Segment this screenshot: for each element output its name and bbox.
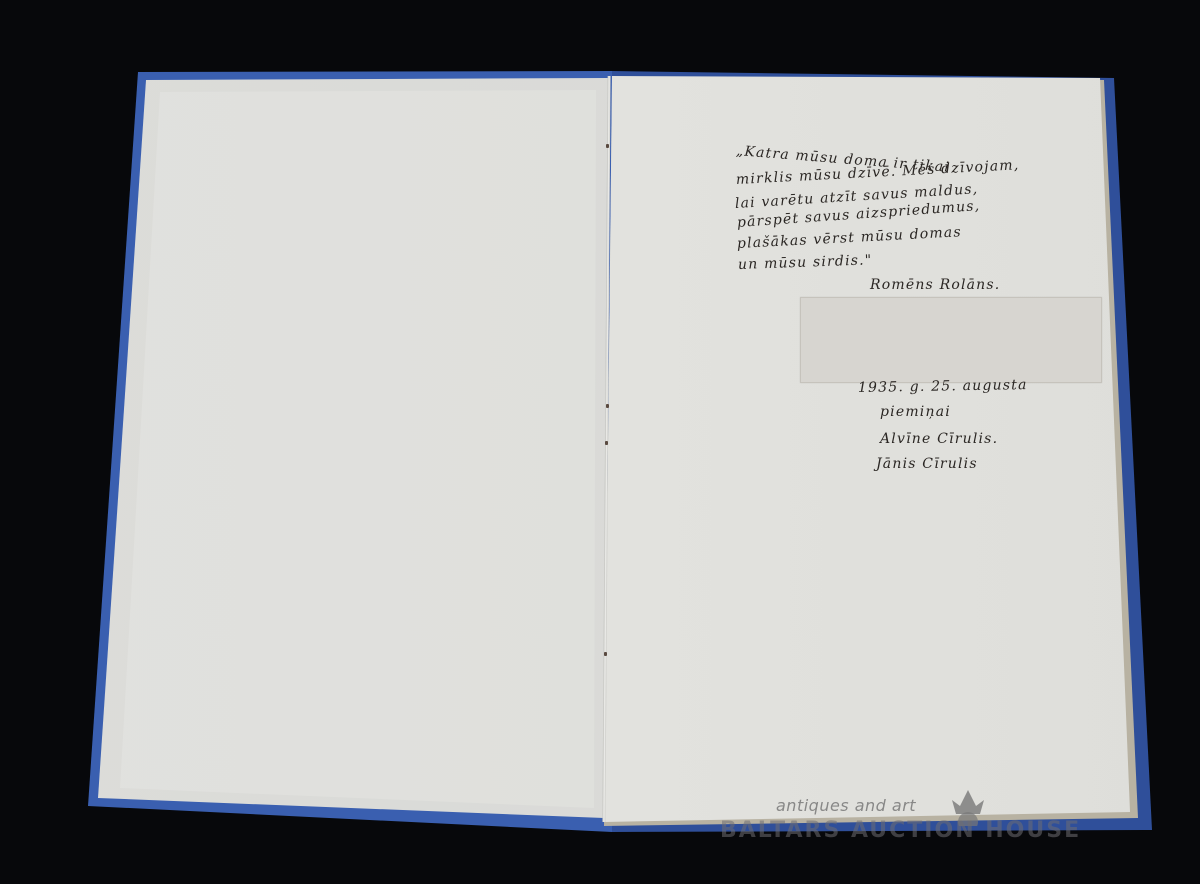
binding-stitch xyxy=(606,144,609,148)
book-photo: „Katra mūsu doma ir tikai mirklis mūsu d… xyxy=(0,0,1200,884)
watermark-tagline: antiques and art xyxy=(776,796,916,815)
quote-attribution: Romēns Rolāns. xyxy=(870,277,1000,294)
watermark-brand: BALTARS AUCTION HOUSE xyxy=(720,818,1081,843)
binding-stitch xyxy=(605,441,608,445)
binding-stitch xyxy=(606,404,609,408)
dedication-signature: Jānis Cīrulis xyxy=(876,456,978,473)
binding-stitch xyxy=(604,652,607,656)
dedication-date: 1935. g. 25. augusta xyxy=(858,377,1028,397)
dedication-line: piemiņai xyxy=(880,404,951,421)
dedication-signature: Alvīne Cīrulis. xyxy=(880,431,998,448)
pasted-paper-slip xyxy=(800,297,1102,383)
